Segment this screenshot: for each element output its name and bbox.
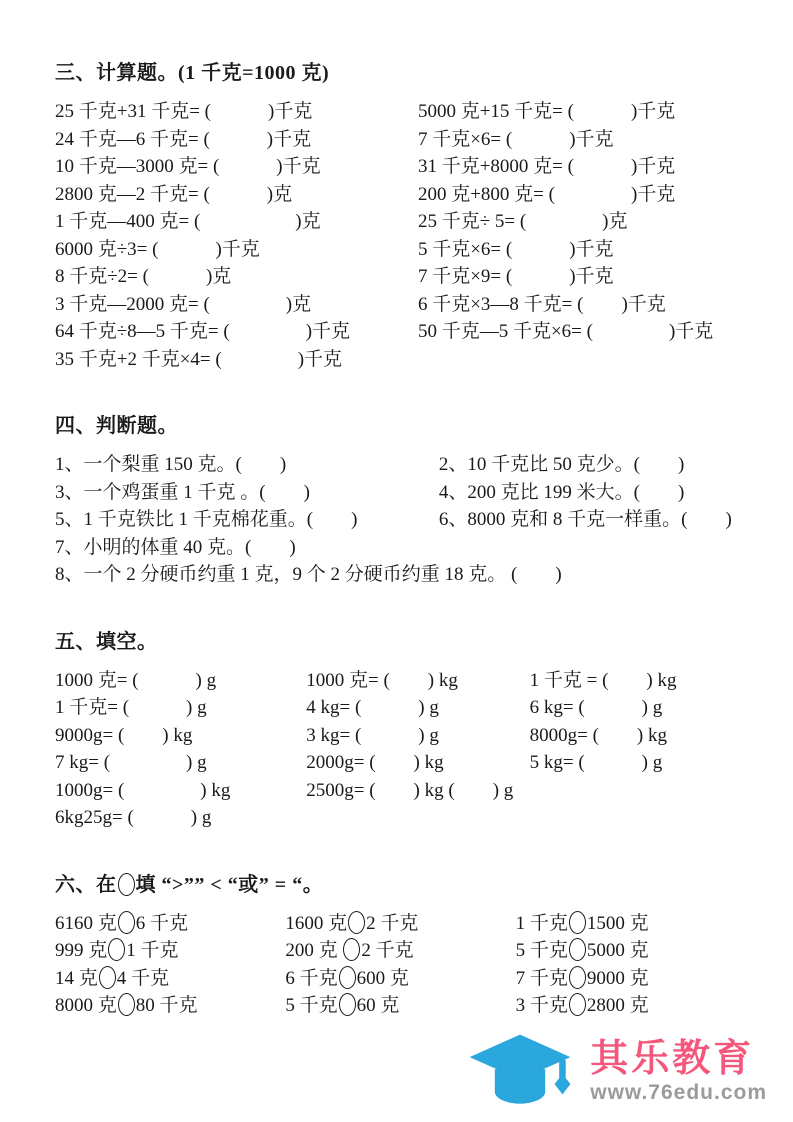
worksheet-row: 25 千克+31 千克= ( )千克5000 克+15 千克= ( )千克 (55, 98, 753, 126)
problem-text: 6 kg= ( ) g (530, 694, 753, 722)
worksheet-row: 1000g= ( ) kg2500g= ( ) kg ( ) g (55, 777, 753, 805)
problem-text: 6kg25g= ( ) g (55, 804, 753, 832)
worksheet-row: 5、1 千克铁比 1 千克棉花重。( )6、8000 克和 8 千克一样重。( … (55, 506, 753, 534)
problem-text: 2500g= ( ) kg ( ) g (306, 777, 529, 805)
section-judgment: 四、判断题。1、一个梨重 150 克。( )2、10 千克比 50 克少。( )… (55, 413, 753, 589)
comparison-circle[interactable] (99, 966, 116, 989)
brand-url[interactable]: www.76edu.com (590, 1080, 767, 1106)
problem-text: 24 千克—6 千克= ( )千克 (55, 126, 418, 154)
problem-text: 7 千克9000 克 (516, 965, 753, 993)
problem-text: 64 千克÷8—5 千克= ( )千克 (55, 318, 418, 346)
problem-text: 31 千克+8000 克= ( )千克 (418, 153, 753, 181)
section-title-compare: 六、在填 “>”” < “或” = “。 (55, 872, 753, 898)
problem-text: 1000 克= ( ) kg (306, 667, 529, 695)
worksheet-row: 9000g= ( ) kg3 kg= ( ) g8000g= ( ) kg (55, 722, 753, 750)
worksheet-row: 6000 克÷3= ( )千克5 千克×6= ( )千克 (55, 236, 753, 264)
section-title-calculation: 三、计算题。(1 千克=1000 克) (55, 60, 753, 86)
problem-text: 14 克4 千克 (55, 965, 285, 993)
worksheet-row: 999 克1 千克200 克 2 千克5 千克5000 克 (55, 937, 753, 965)
problem-text: 1 千克 = ( ) kg (530, 667, 753, 695)
problem-text: 5000 克+15 千克= ( )千克 (418, 98, 753, 126)
problem-text: 7 千克×9= ( )千克 (418, 263, 753, 291)
problem-text: 2800 克—2 千克= ( )克 (55, 181, 418, 209)
worksheet-row: 8 千克÷2= ( )克7 千克×9= ( )千克 (55, 263, 753, 291)
problem-text: 6、8000 克和 8 千克一样重。( ) (439, 506, 753, 534)
worksheet-row: 7 kg= ( ) g2000g= ( ) kg5 kg= ( ) g (55, 749, 753, 777)
worksheet-row: 1 千克—400 克= ( )克25 千克÷ 5= ( )克 (55, 208, 753, 236)
comparison-circle[interactable] (339, 966, 356, 989)
problem-text: 35 千克+2 千克×4= ( )千克 (55, 346, 753, 374)
problem-text: 2、10 千克比 50 克少。( ) (439, 451, 753, 479)
comparison-circle[interactable] (348, 911, 365, 934)
problem-text: 3 千克—2000 克= ( )克 (55, 291, 418, 319)
comparison-circle[interactable] (118, 911, 135, 934)
worksheet-row: 8000 克80 千克5 千克60 克3 千克2800 克 (55, 992, 753, 1020)
problem-text: 25 千克÷ 5= ( )克 (418, 208, 753, 236)
worksheet-row: 14 克4 千克6 千克600 克7 千克9000 克 (55, 965, 753, 993)
problem-text: 1000g= ( ) kg (55, 777, 306, 805)
problem-text: 6160 克6 千克 (55, 910, 285, 938)
comparison-circle[interactable] (108, 938, 125, 961)
problem-text: 5 千克5000 克 (516, 937, 753, 965)
problem-text: 6000 克÷3= ( )千克 (55, 236, 418, 264)
problem-text: 2000g= ( ) kg (306, 749, 529, 777)
worksheet-row: 10 千克—3000 克= ( )千克31 千克+8000 克= ( )千克 (55, 153, 753, 181)
problem-text: 7 千克×6= ( )千克 (418, 126, 753, 154)
comparison-circle[interactable] (118, 993, 135, 1016)
section-compare: 六、在填 “>”” < “或” = “。6160 克6 千克1600 克2 千克… (55, 872, 753, 1020)
worksheet-row: 1、一个梨重 150 克。( )2、10 千克比 50 克少。( ) (55, 451, 753, 479)
problem-text: 5 千克60 克 (285, 992, 515, 1020)
worksheet-page: 三、计算题。(1 千克=1000 克)25 千克+31 千克= ( )千克500… (0, 0, 793, 1122)
problem-text: 1 千克1500 克 (516, 910, 753, 938)
brand-footer: 其乐教育 www.76edu.com (460, 1030, 767, 1114)
problem-text: 25 千克+31 千克= ( )千克 (55, 98, 418, 126)
brand-text: 其乐教育 www.76edu.com (590, 1038, 767, 1106)
problem-text: 5、1 千克铁比 1 千克棉花重。( ) (55, 506, 439, 534)
worksheet-row: 6160 克6 千克1600 克2 千克1 千克1500 克 (55, 910, 753, 938)
problem-text: 999 克1 千克 (55, 937, 285, 965)
problem-text: 1600 克2 千克 (285, 910, 515, 938)
worksheet-sections: 三、计算题。(1 千克=1000 克)25 千克+31 千克= ( )千克500… (55, 60, 753, 1020)
problem-text: 7 kg= ( ) g (55, 749, 306, 777)
worksheet-row: 64 千克÷8—5 千克= ( )千克50 千克—5 千克×6= ( )千克 (55, 318, 753, 346)
brand-name: 其乐教育 (590, 1038, 754, 1080)
worksheet-row: 3、一个鸡蛋重 1 千克 。( )4、200 克比 199 米大。( ) (55, 479, 753, 507)
problem-text: 4、200 克比 199 米大。( ) (439, 479, 753, 507)
problem-text: 200 克 2 千克 (285, 937, 515, 965)
problem-text: 3、一个鸡蛋重 1 千克 。( ) (55, 479, 439, 507)
problem-text: 5 kg= ( ) g (530, 749, 753, 777)
problem-text: 8000g= ( ) kg (530, 722, 753, 750)
comparison-circle[interactable] (569, 993, 586, 1016)
comparison-circle[interactable] (343, 938, 360, 961)
problem-text: 9000g= ( ) kg (55, 722, 306, 750)
problem-text: 1 千克= ( ) g (55, 694, 306, 722)
problem-text: 3 kg= ( ) g (306, 722, 529, 750)
worksheet-row: 35 千克+2 千克×4= ( )千克 (55, 346, 753, 374)
worksheet-row: 1 千克= ( ) g4 kg= ( ) g6 kg= ( ) g (55, 694, 753, 722)
worksheet-row: 6kg25g= ( ) g (55, 804, 753, 832)
problem-text: 8、一个 2 分硬币约重 1 克，9 个 2 分硬币约重 18 克。 ( ) (55, 561, 753, 589)
problem-text: 4 kg= ( ) g (306, 694, 529, 722)
worksheet-row: 24 千克—6 千克= ( )千克7 千克×6= ( )千克 (55, 126, 753, 154)
worksheet-row: 2800 克—2 千克= ( )克200 克+800 克= ( )千克 (55, 181, 753, 209)
problem-text: 6 千克600 克 (285, 965, 515, 993)
comparison-circle[interactable] (569, 966, 586, 989)
comparison-circle[interactable] (118, 873, 135, 896)
graduation-cap-icon (460, 1030, 580, 1114)
section-fill-blank: 五、填空。1000 克= ( ) g1000 克= ( ) kg1 千克 = (… (55, 629, 753, 832)
comparison-circle[interactable] (339, 993, 356, 1016)
section-title-judgment: 四、判断题。 (55, 413, 753, 439)
problem-text: 3 千克2800 克 (516, 992, 753, 1020)
problem-text: 5 千克×6= ( )千克 (418, 236, 753, 264)
problem-text: 200 克+800 克= ( )千克 (418, 181, 753, 209)
worksheet-row: 8、一个 2 分硬币约重 1 克，9 个 2 分硬币约重 18 克。 ( ) (55, 561, 753, 589)
comparison-circle[interactable] (569, 911, 586, 934)
problem-text: 8 千克÷2= ( )克 (55, 263, 418, 291)
problem-text: 6 千克×3—8 千克= ( )千克 (418, 291, 753, 319)
problem-text: 8000 克80 千克 (55, 992, 285, 1020)
worksheet-row: 7、小明的体重 40 克。( ) (55, 534, 753, 562)
worksheet-row: 1000 克= ( ) g1000 克= ( ) kg1 千克 = ( ) kg (55, 667, 753, 695)
problem-text: 1、一个梨重 150 克。( ) (55, 451, 439, 479)
problem-text: 10 千克—3000 克= ( )千克 (55, 153, 418, 181)
section-calculation: 三、计算题。(1 千克=1000 克)25 千克+31 千克= ( )千克500… (55, 60, 753, 373)
section-title-fill-blank: 五、填空。 (55, 629, 753, 655)
problem-text: 7、小明的体重 40 克。( ) (55, 534, 753, 562)
problem-text: 1 千克—400 克= ( )克 (55, 208, 418, 236)
problem-text: 50 千克—5 千克×6= ( )千克 (418, 318, 753, 346)
problem-text: 1000 克= ( ) g (55, 667, 306, 695)
comparison-circle[interactable] (569, 938, 586, 961)
worksheet-row: 3 千克—2000 克= ( )克6 千克×3—8 千克= ( )千克 (55, 291, 753, 319)
